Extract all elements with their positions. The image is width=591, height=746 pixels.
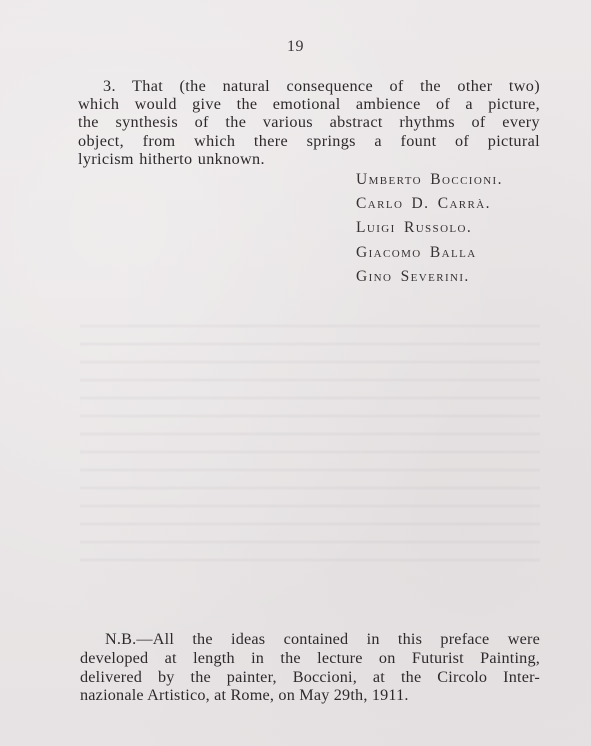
paragraph-line: object, from which there springs a fount… xyxy=(78,132,540,150)
page-number: 19 xyxy=(0,38,591,56)
paragraph-line: 3. That (the natural consequence of the … xyxy=(78,77,540,95)
book-page: 19 3. That (the natural consequence of t… xyxy=(0,0,591,746)
signature-severini: Gino Severini. xyxy=(356,265,503,289)
paragraph-point-3: 3. That (the natural consequence of the … xyxy=(78,77,540,168)
paragraph-line: lyricism hitherto unknown. xyxy=(78,150,540,168)
signature-carra: Carlo D. Carrà. xyxy=(356,192,503,216)
paragraph-line: which would give the emotional ambience … xyxy=(78,95,540,113)
nota-bene-note: N.B.—All the ideas contained in this pre… xyxy=(80,630,540,705)
signatories-list: Umberto Boccioni. Carlo D. Carrà. Luigi … xyxy=(356,168,503,289)
signature-boccioni: Umberto Boccioni. xyxy=(356,168,503,192)
signature-russolo: Luigi Russolo. xyxy=(356,216,503,240)
note-line: nazionale Artistico, at Rome, on May 29t… xyxy=(80,686,540,705)
paragraph-line: the synthesis of the various abstract rh… xyxy=(78,113,540,131)
note-line: N.B.—All the ideas contained in this pre… xyxy=(80,630,540,649)
signature-balla: Giacomo Balla xyxy=(356,241,503,265)
reverse-page-bleed-through xyxy=(80,310,540,570)
note-line: delivered by the painter, Boccioni, at t… xyxy=(80,668,540,687)
note-line: developed at length in the lecture on Fu… xyxy=(80,649,540,668)
